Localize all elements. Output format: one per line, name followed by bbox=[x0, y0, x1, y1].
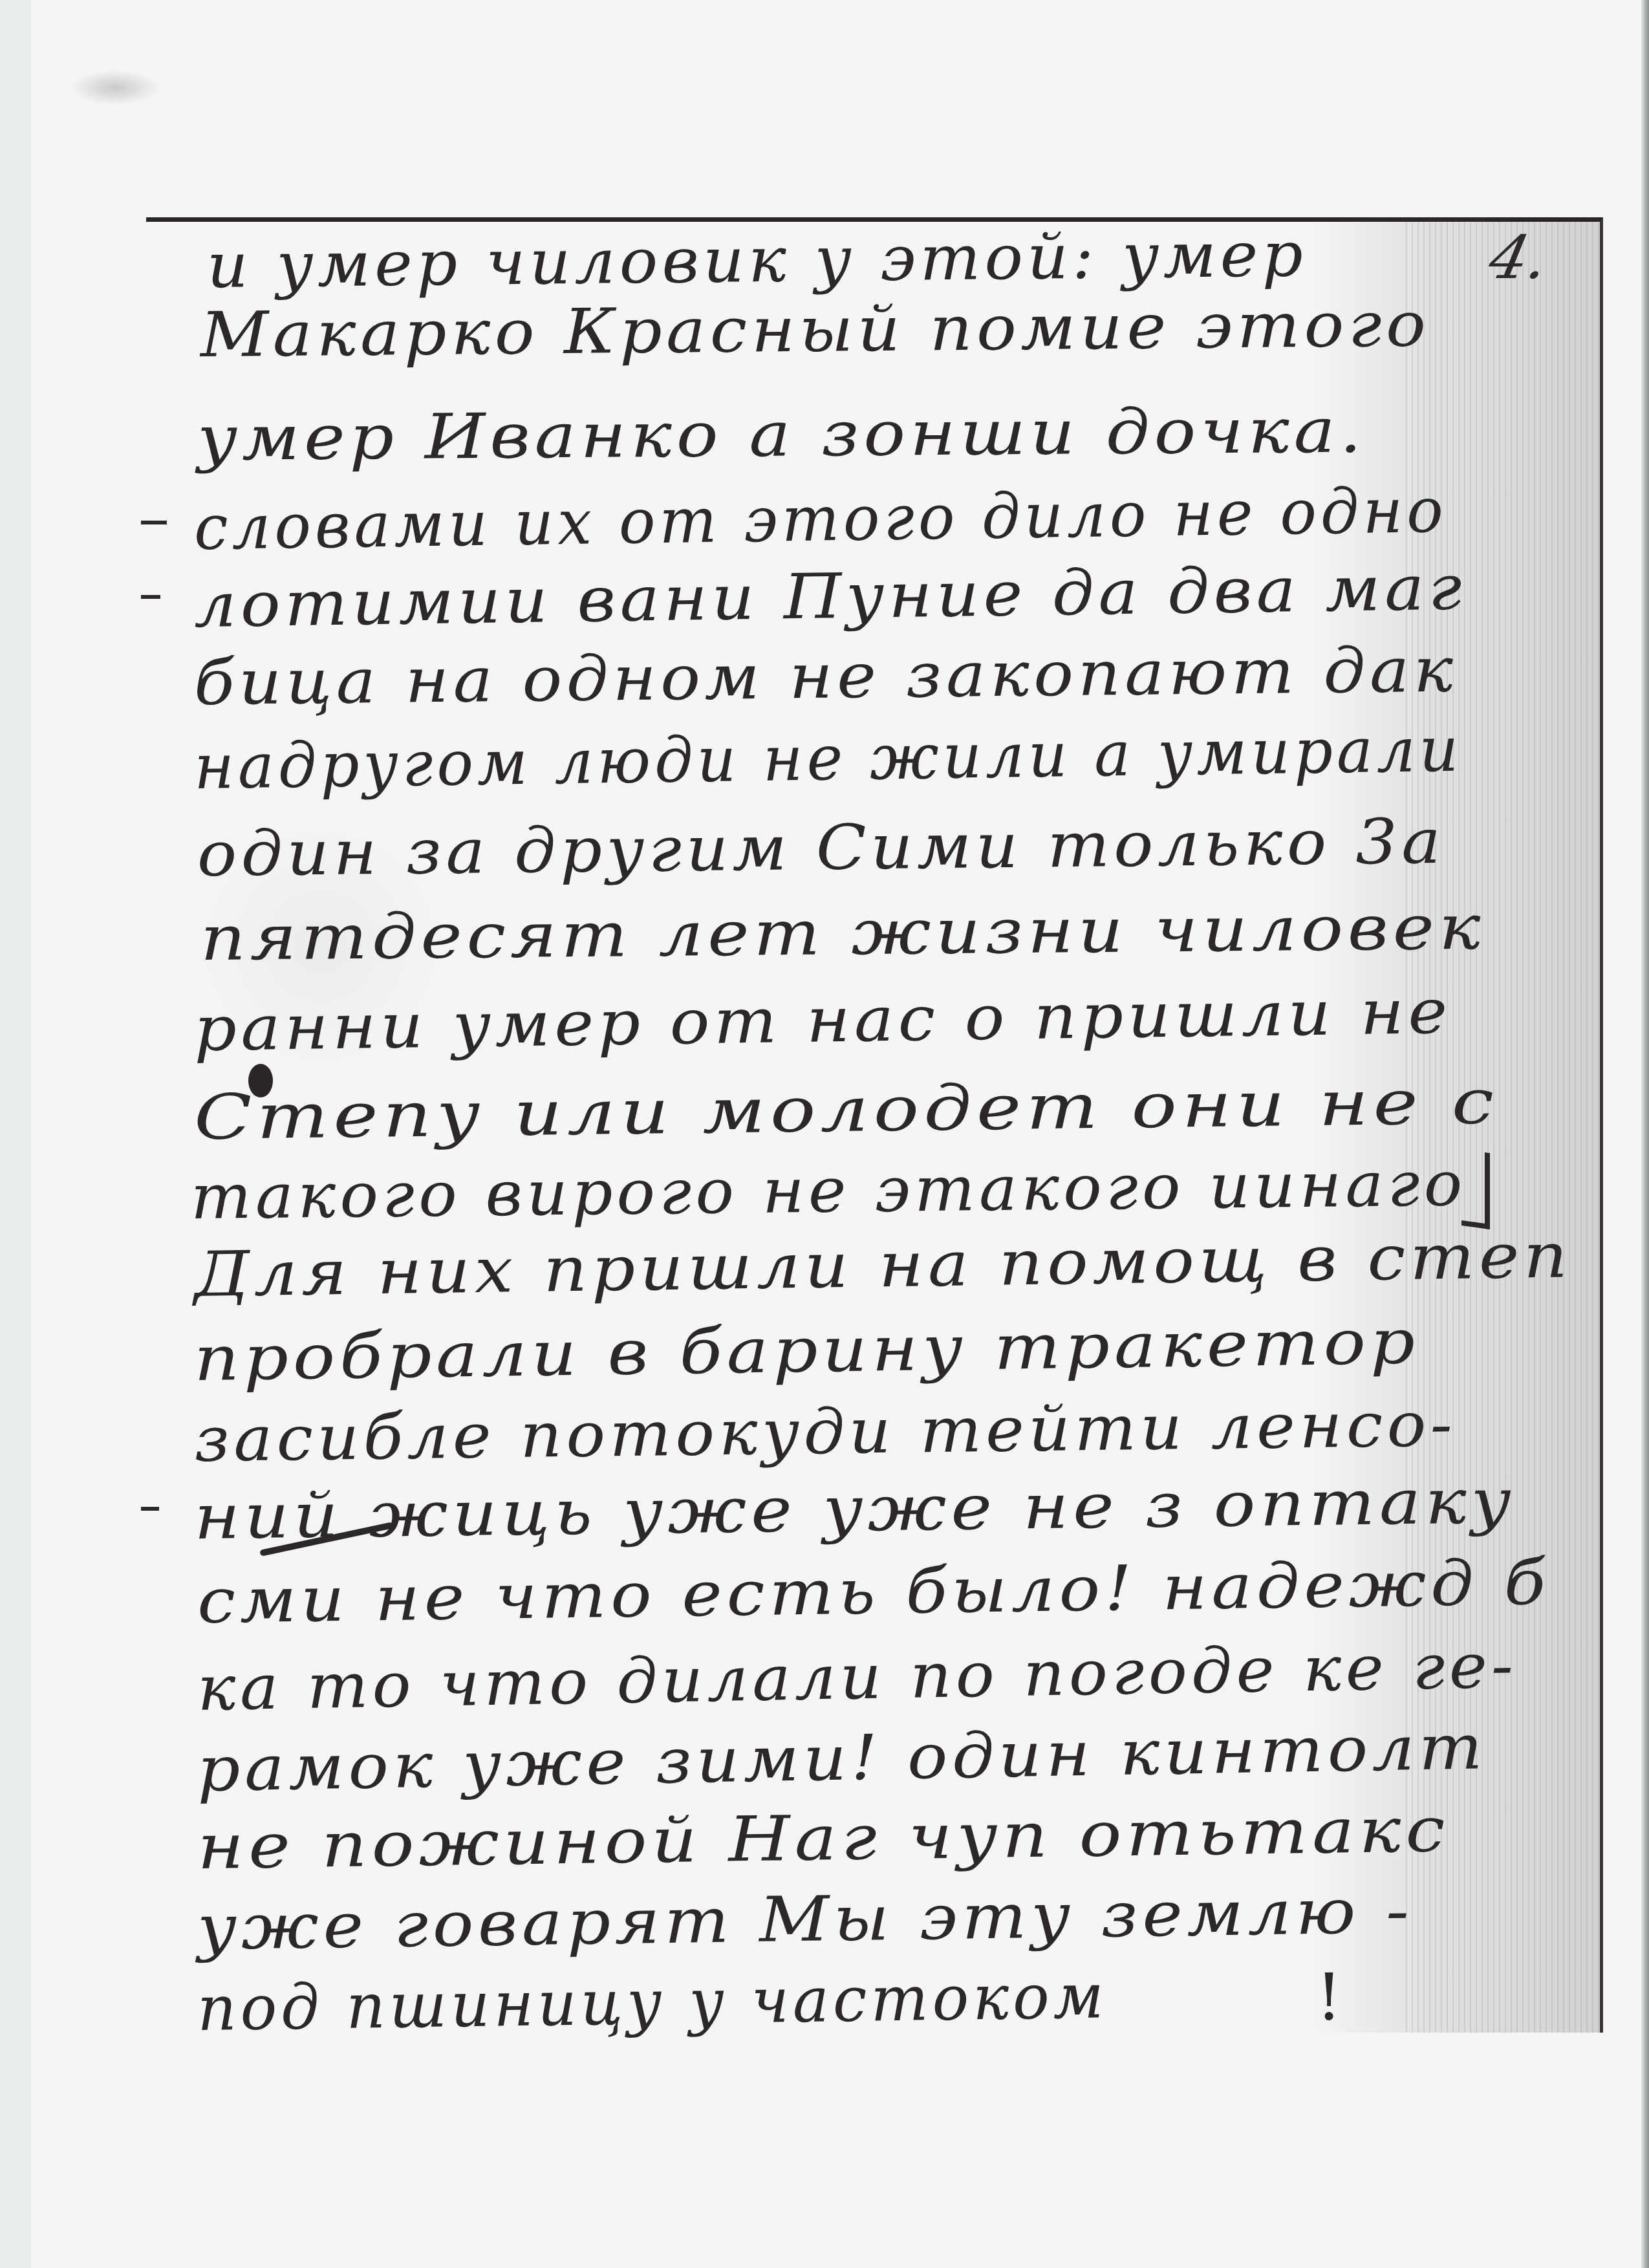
handwritten-line: пятдесят лет жизни чиловек bbox=[200, 891, 1485, 975]
margin-dash bbox=[141, 1507, 159, 1511]
scanner-left-edge bbox=[0, 0, 31, 2268]
toner-smudge bbox=[70, 70, 160, 105]
margin-dash bbox=[141, 595, 160, 599]
handwritten-line: бица на одном не закопают дак bbox=[193, 634, 1458, 719]
handwritten-line: такого вирого не этакого иинаго bbox=[190, 1147, 1466, 1233]
handwritten-line: один за другим Сими только 3а bbox=[197, 805, 1445, 891]
handwritten-line: засибле потокуди тейти ленсо- bbox=[193, 1388, 1456, 1476]
margin-dash bbox=[141, 521, 167, 524]
exclamation-mark: ! bbox=[1316, 1960, 1342, 2035]
handwritten-line: и умер чиловик у этой: умер bbox=[206, 218, 1307, 302]
handwritten-line: под пшиницу у частоком bbox=[197, 1960, 1108, 2045]
scanner-right-edge bbox=[1641, 0, 1649, 2268]
ink-blot bbox=[248, 1064, 273, 1097]
bracket-mark bbox=[1461, 1149, 1490, 1229]
handwritten-line: умер Иванко а зонши дочка. bbox=[197, 394, 1366, 475]
handwritten-line: Макарко Красный помие этого bbox=[200, 288, 1430, 371]
